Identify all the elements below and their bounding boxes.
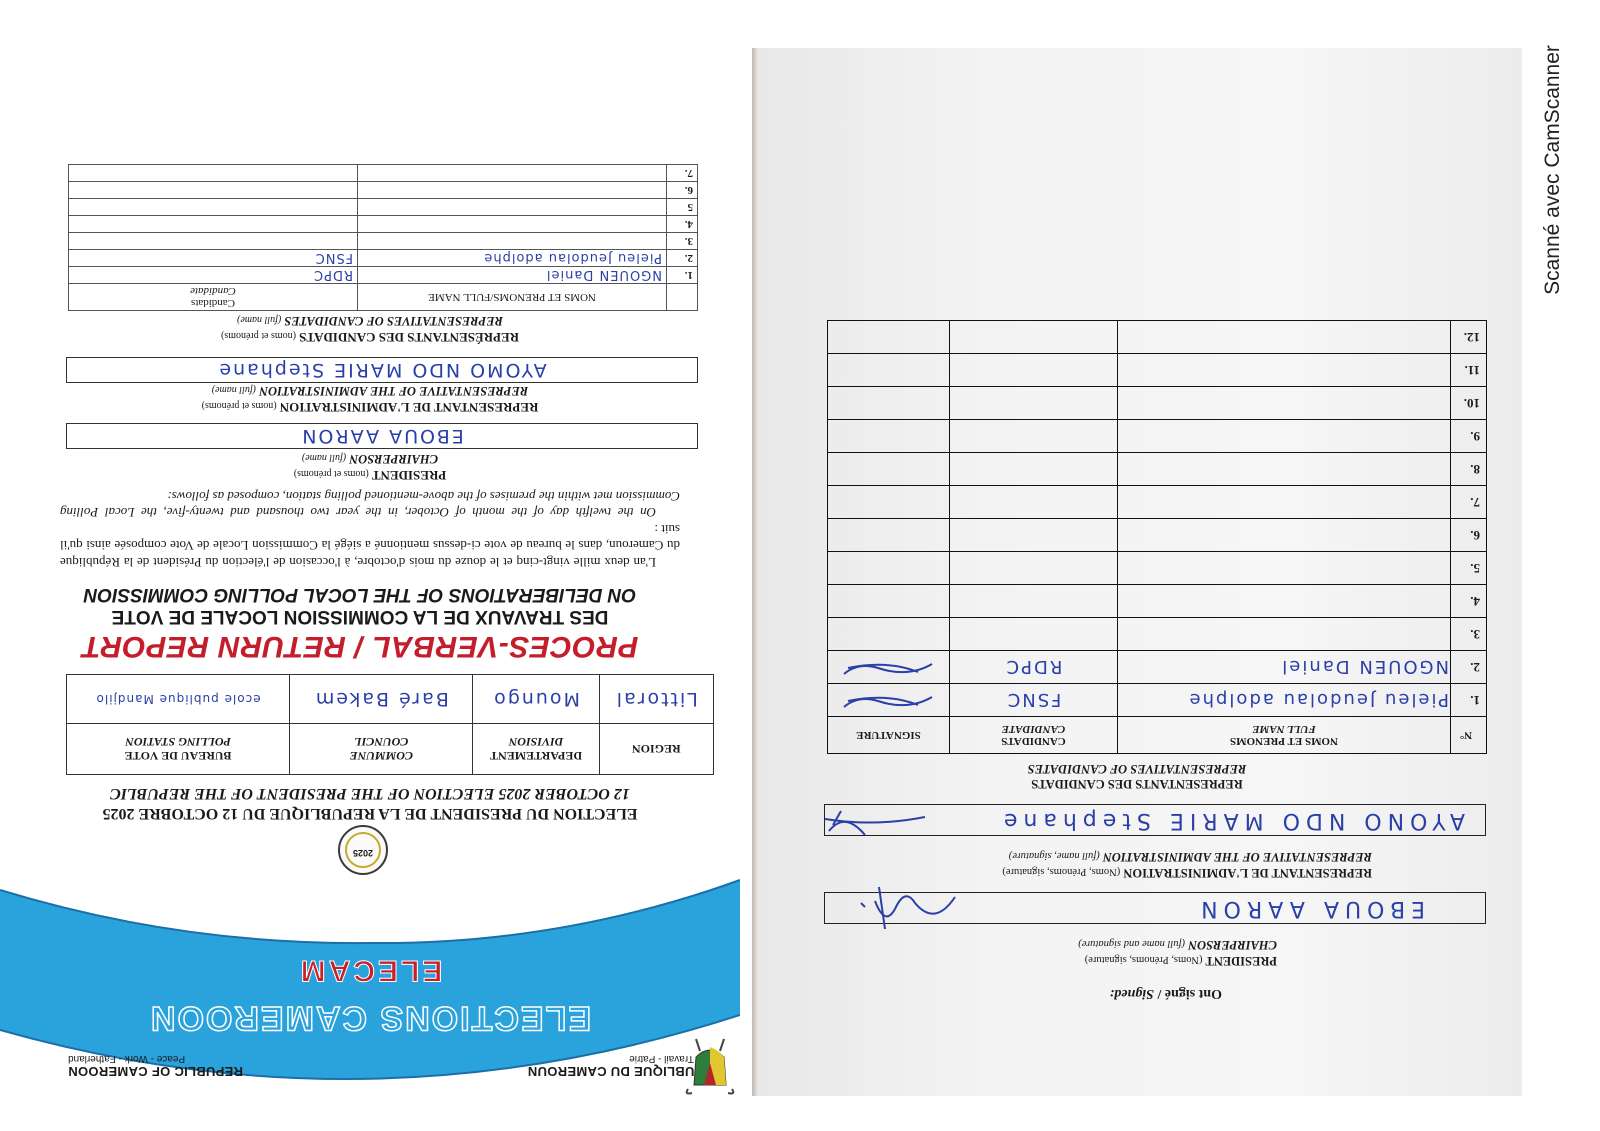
table-row: 8. xyxy=(828,453,1487,486)
rep-name-cell[interactable] xyxy=(1118,519,1451,552)
rep-candidate-cell[interactable] xyxy=(69,182,358,199)
row-number: 3. xyxy=(667,233,698,250)
rp-col-signature: SIGNATURE xyxy=(828,717,950,754)
rep-candidate-cell[interactable] xyxy=(950,387,1118,420)
rp-president-note-fr: (Noms, Prénoms, signature) xyxy=(1085,954,1203,965)
row-number: 6. xyxy=(1451,519,1487,552)
col-region: REGION xyxy=(599,724,713,775)
admin-rep-label-fr: REPRESENTANT DE L'ADMINISTRATION xyxy=(280,400,539,415)
col-candidate: CandidatsCandidate xyxy=(69,284,358,311)
admin-rep-name-field[interactable]: AYOMO NDO MARIE Stephane xyxy=(66,357,698,383)
council-handwritten: Baré Bakem xyxy=(314,688,449,710)
table-row: 1.NGOUEN DanielRDPC xyxy=(69,267,698,284)
rep-name-handwritten: Pieleu Jeudolau adolphe xyxy=(1187,690,1449,711)
rep-signature-cell[interactable] xyxy=(828,486,950,519)
table-row: 10. xyxy=(828,387,1487,420)
rp-admin-label: REPRESENTANT DE L'ADMINISTRATION (Noms, … xyxy=(752,848,1372,880)
signed-label-en: Signed: xyxy=(1110,986,1154,1001)
rep-name-cell[interactable] xyxy=(358,233,667,250)
row-number: 6. xyxy=(667,182,698,199)
council-value[interactable]: Baré Bakem xyxy=(290,675,473,724)
row-number: 7. xyxy=(1451,486,1487,519)
table-row: 6. xyxy=(828,519,1487,552)
col-candidate-fr: Candidats xyxy=(73,297,353,309)
motto-en: Peace - Work - Fatherland xyxy=(68,1053,243,1064)
region-handwritten: Littoral xyxy=(615,688,698,710)
location-table-header: REGION DEPARTEMENTDIVISION COMMUNECOUNCI… xyxy=(67,724,714,775)
rep-candidate-cell[interactable] xyxy=(950,453,1118,486)
signed-label-fr: Ont signé / xyxy=(1154,986,1222,1001)
rep-name-handwritten: NGOUEN Daniel xyxy=(1280,657,1449,678)
election-title-en: 12 OCTOBER 2025 ELECTION OF THE PRESIDEN… xyxy=(60,783,680,803)
rep-signature-cell[interactable] xyxy=(828,420,950,453)
rep-name-cell[interactable] xyxy=(1118,552,1451,585)
watermark-text: Scanné avec CamScanner xyxy=(1541,45,1565,295)
col-polling-en: POLLING STATION xyxy=(68,735,288,749)
row-number: 5. xyxy=(1451,552,1487,585)
rp-col-candidate-fr: CANDIDATS xyxy=(951,735,1116,747)
rep-name-cell[interactable] xyxy=(1118,354,1451,387)
col-council: COMMUNECOUNCIL xyxy=(290,724,473,775)
rep-name-handwritten: Pieleu Jeudolau adolphe xyxy=(483,251,662,266)
rep-name-cell[interactable] xyxy=(1118,321,1451,354)
camscanner-watermark: Scanné avec CamScanner xyxy=(1535,30,1571,310)
col-candidate-en: Candidate xyxy=(73,285,353,297)
logo-year: 2025 xyxy=(340,848,386,858)
admin-signature-icon xyxy=(815,797,925,841)
rep-candidate-cell[interactable]: RDPC xyxy=(69,267,358,284)
row-number: 12. xyxy=(1451,321,1487,354)
rep-name-handwritten: NGOUEN Daniel xyxy=(546,268,662,283)
rep-name-cell[interactable]: Pieleu Jeudolau adolphe xyxy=(358,250,667,267)
report-title: PROCES-VERBAL / RETURN REPORT xyxy=(50,629,670,663)
col-polling-station: BUREAU DE VOTEPOLLING STATION xyxy=(67,724,290,775)
banner-subtitle: ELECAM xyxy=(0,953,740,987)
admin-rep-label: REPRESENTANT DE L'ADMINISTRATION (noms e… xyxy=(40,382,700,415)
rp-col-candidate: CANDIDATSCANDIDATE xyxy=(950,717,1118,754)
row-number: 5 xyxy=(667,199,698,216)
col-department-en: DIVISION xyxy=(474,735,597,749)
intro-en: On the twelfth day of the month of Octob… xyxy=(60,488,680,521)
table-row: 2.Pieleu Jeudolau adolpheFSNC xyxy=(69,250,698,267)
table-row: 2.NGOUEN DanielRDPC xyxy=(828,651,1487,684)
rp-table-header: N° NOMS ET PRENOMSFULL NAME CANDIDATSCAN… xyxy=(828,717,1487,754)
rep-name-cell[interactable] xyxy=(1118,387,1451,420)
table-row: 1.Pieleu Jeudolau adolpheFSNC xyxy=(828,684,1487,717)
rp-candidate-reps-label-en: REPRESENTATIVES OF CANDIDATES xyxy=(752,761,1522,776)
rp-admin-label-en: REPRESENTATIVE OF THE ADMINISTRATION xyxy=(1103,850,1372,864)
republic-en: REPUBLIC OF CAMEROON xyxy=(68,1064,243,1079)
rp-admin-field[interactable]: AYONO NDO MARIE Stephane xyxy=(824,804,1486,836)
rep-name-cell[interactable] xyxy=(358,182,667,199)
table-row: 4. xyxy=(828,585,1487,618)
table-row: 6. xyxy=(69,182,698,199)
rep-signature-cell[interactable] xyxy=(828,684,950,717)
row-number: 8. xyxy=(1451,453,1487,486)
president-name-field[interactable]: EBOUA AARON xyxy=(66,423,698,449)
election-title: ELECTION DU PRESIDENT DE LA REPUBLIQUE D… xyxy=(60,783,680,823)
president-label-en: CHAIRPERSON xyxy=(349,452,438,466)
signature-scribble-icon xyxy=(839,689,939,715)
candidate-reps-label-fr: REPRÉSENTANTS DES CANDIDATS xyxy=(299,330,519,345)
rp-col-num: N° xyxy=(1451,717,1487,754)
col-department-fr: DEPARTEMENT xyxy=(474,749,597,763)
rep-candidate-cell[interactable] xyxy=(69,216,358,233)
rep-signature-cell[interactable] xyxy=(828,354,950,387)
candidate-reps-table: NOMS ET PRENOMS/FULL NAME CandidatsCandi… xyxy=(68,164,698,311)
table-row: 7. xyxy=(828,486,1487,519)
rep-signature-cell[interactable] xyxy=(828,552,950,585)
rp-admin-label-fr: REPRESENTANT DE L'ADMINISTRATION xyxy=(1123,866,1372,880)
rep-name-cell[interactable] xyxy=(358,165,667,182)
candidate-reps-header: NOMS ET PRENOMS/FULL NAME CandidatsCandi… xyxy=(69,284,698,311)
admin-rep-name-handwritten: AYOMO NDO MARIE Stephane xyxy=(217,359,546,381)
rp-candidate-reps-label: REPRESENTANTS DES CANDIDATS REPRESENTATI… xyxy=(752,761,1522,791)
row-number: 1. xyxy=(667,267,698,284)
coat-of-arms-icon xyxy=(680,1035,740,1095)
location-table-values: Littoral Moungo Baré Bakem ecole publiqu… xyxy=(67,675,714,724)
rep-candidate-cell[interactable]: RDPC xyxy=(950,651,1118,684)
rep-name-cell[interactable] xyxy=(358,199,667,216)
banner-title: ELECTIONS CAMEROON xyxy=(0,998,740,1037)
rp-col-candidate-en: CANDIDATE xyxy=(951,723,1116,735)
rep-candidate-cell[interactable] xyxy=(950,486,1118,519)
table-row: 5 xyxy=(69,199,698,216)
republic-en-block: REPUBLIC OF CAMEROON Peace - Work - Fath… xyxy=(68,1053,243,1079)
rp-candidate-reps-table: N° NOMS ET PRENOMSFULL NAME CANDIDATSCAN… xyxy=(827,320,1487,754)
rep-name-cell[interactable]: Pieleu Jeudolau adolphe xyxy=(1118,684,1451,717)
elecam-header-banner: RÉPUBLIQUE DU CAMEROUN Paix - Travail - … xyxy=(0,865,740,1095)
col-polling-fr: BUREAU DE VOTE xyxy=(68,749,288,763)
rep-signature-cell[interactable] xyxy=(828,651,950,684)
rp-col-name-en: FULL NAME xyxy=(1119,723,1449,735)
candidate-reps-label-en: REPRESENTATIVES OF CANDIDATES xyxy=(284,314,503,328)
candidate-reps-note-fr: (noms et prénoms) xyxy=(221,330,296,341)
rep-candidate-cell[interactable] xyxy=(950,552,1118,585)
department-value[interactable]: Moungo xyxy=(473,675,599,724)
col-region-fr: REGION xyxy=(601,742,712,756)
rp-president-label-en: CHAIRPERSON xyxy=(1188,938,1277,952)
row-number: 2. xyxy=(667,250,698,267)
rep-signature-cell[interactable] xyxy=(828,519,950,552)
rp-admin-handwritten: AYONO NDO MARIE Stephane xyxy=(998,805,1465,835)
signed-heading: Ont signé / Signed: xyxy=(1110,985,1222,1001)
rp-col-name-fr: NOMS ET PRENOMS xyxy=(1119,735,1449,747)
polling-station-handwritten: ecole publique Mandjilo xyxy=(96,692,261,706)
rep-candidate-handwritten: RDPC xyxy=(313,268,353,283)
admin-rep-note-en: (full name) xyxy=(212,384,256,395)
table-row: 12. xyxy=(828,321,1487,354)
president-note-en: (full name) xyxy=(302,452,346,463)
rp-candidate-reps-label-fr: REPRESENTANTS DES CANDIDATS xyxy=(752,776,1522,791)
admin-rep-note-fr: (noms et prénoms) xyxy=(202,400,277,411)
right-page-signatures: Ont signé / Signed: PRESIDENT (Noms, Pré… xyxy=(752,48,1522,1096)
rep-signature-cell[interactable] xyxy=(828,618,950,651)
col-council-fr: COMMUNE xyxy=(291,749,471,763)
table-row: 3. xyxy=(828,618,1487,651)
rep-candidate-handwritten: FSNC xyxy=(1006,690,1062,711)
rep-candidate-handwritten: RDPC xyxy=(1005,657,1063,678)
left-page-front-cover: RÉPUBLIQUE DU CAMEROUN Paix - Travail - … xyxy=(0,60,740,1095)
rep-candidate-cell[interactable] xyxy=(69,199,358,216)
rp-president-handwritten: EBOUA AARON xyxy=(1195,893,1425,923)
intro-fr: L'an deux mille vingt-cinq et le douze d… xyxy=(60,521,680,571)
president-note-fr: (noms et prénoms) xyxy=(294,468,369,479)
col-num xyxy=(667,284,698,311)
table-row: 5. xyxy=(828,552,1487,585)
election-title-fr: ELECTION DU PRESIDENT DE LA REPUBLIQUE D… xyxy=(60,803,680,823)
col-council-en: COUNCIL xyxy=(291,735,471,749)
row-number: 10. xyxy=(1451,387,1487,420)
rep-signature-cell[interactable] xyxy=(828,387,950,420)
candidate-reps-note-en: (full name) xyxy=(237,314,281,325)
rp-president-note-en: (full name and signature) xyxy=(1078,938,1185,949)
rep-candidate-cell[interactable] xyxy=(950,354,1118,387)
report-subtitle-fr: DES TRAVAUX DE LA COMMISSION LOCALE DE V… xyxy=(50,605,670,627)
rep-candidate-cell[interactable] xyxy=(950,519,1118,552)
row-number: 1. xyxy=(1451,684,1487,717)
table-row: 3. xyxy=(69,233,698,250)
location-table: REGION DEPARTEMENTDIVISION COMMUNECOUNCI… xyxy=(66,674,714,775)
president-signature-icon xyxy=(855,877,965,937)
president-label: PRESIDENT (noms et prénoms) CHAIRPERSON … xyxy=(40,450,700,483)
polling-station-value[interactable]: ecole publique Mandjilo xyxy=(67,675,290,724)
rep-candidate-cell[interactable] xyxy=(950,420,1118,453)
rep-signature-cell[interactable] xyxy=(828,321,950,354)
rep-candidate-cell[interactable] xyxy=(69,165,358,182)
rp-admin-note-en: (full name, signature) xyxy=(1009,850,1100,861)
rep-name-cell[interactable]: NGOUEN Daniel xyxy=(358,267,667,284)
candidate-reps-label: REPRÉSENTANTS DES CANDIDATS (noms et pré… xyxy=(40,312,700,345)
rep-name-cell[interactable] xyxy=(1118,486,1451,519)
rep-name-cell[interactable] xyxy=(358,216,667,233)
president-name-handwritten: EBOUA AARON xyxy=(300,425,464,447)
row-number: 9. xyxy=(1451,420,1487,453)
row-number: 11. xyxy=(1451,354,1487,387)
rep-candidate-handwritten: FSNC xyxy=(315,251,353,266)
rep-candidate-cell[interactable]: FSNC xyxy=(69,250,358,267)
rep-name-cell[interactable]: NGOUEN Daniel xyxy=(1118,651,1451,684)
col-full-name: NOMS ET PRENOMS/FULL NAME xyxy=(358,284,667,311)
rep-candidate-cell[interactable] xyxy=(950,618,1118,651)
intro-paragraph: L'an deux mille vingt-cinq et le douze d… xyxy=(60,488,680,571)
table-row: 4. xyxy=(69,216,698,233)
col-full-name-label: NOMS ET PRENOMS/FULL NAME xyxy=(428,291,596,303)
rep-name-cell[interactable] xyxy=(1118,618,1451,651)
row-number: 3. xyxy=(1451,618,1487,651)
region-value[interactable]: Littoral xyxy=(599,675,713,724)
rep-candidate-cell[interactable]: FSNC xyxy=(950,684,1118,717)
rp-admin-note-fr: (Noms, Prénoms, signature) xyxy=(1002,866,1120,877)
rp-col-name: NOMS ET PRENOMSFULL NAME xyxy=(1118,717,1451,754)
election-2025-logo-icon: 2025 xyxy=(338,825,388,875)
rp-president-label-fr: PRESIDENT xyxy=(1206,954,1277,968)
table-row: 7. xyxy=(69,165,698,182)
row-number: 2. xyxy=(1451,651,1487,684)
report-title-block: PROCES-VERBAL / RETURN REPORT DES TRAVAU… xyxy=(50,583,670,663)
rep-signature-cell[interactable] xyxy=(828,585,950,618)
admin-rep-label-en: REPRESENTATIVE OF THE ADMINISTRATION xyxy=(259,384,528,398)
table-row: 9. xyxy=(828,420,1487,453)
rp-president-field[interactable]: EBOUA AARON xyxy=(824,892,1486,924)
rep-candidate-cell[interactable] xyxy=(69,233,358,250)
rep-candidate-cell[interactable] xyxy=(950,585,1118,618)
row-number: 7. xyxy=(667,165,698,182)
table-row: 11. xyxy=(828,354,1487,387)
department-handwritten: Moungo xyxy=(492,688,580,710)
row-number: 4. xyxy=(667,216,698,233)
rep-candidate-cell[interactable] xyxy=(950,321,1118,354)
col-department: DEPARTEMENTDIVISION xyxy=(473,724,599,775)
rep-name-cell[interactable] xyxy=(1118,420,1451,453)
president-label-fr: PRESIDENT xyxy=(372,468,446,483)
signature-scribble-icon xyxy=(839,656,939,682)
row-number: 4. xyxy=(1451,585,1487,618)
rep-name-cell[interactable] xyxy=(1118,585,1451,618)
rep-name-cell[interactable] xyxy=(1118,453,1451,486)
rp-president-label: PRESIDENT (Noms, Prénoms, signature) CHA… xyxy=(752,936,1277,968)
report-subtitle-en: ON DELIBERATIONS OF THE LOCAL POLLING CO… xyxy=(50,583,670,605)
rep-signature-cell[interactable] xyxy=(828,453,950,486)
